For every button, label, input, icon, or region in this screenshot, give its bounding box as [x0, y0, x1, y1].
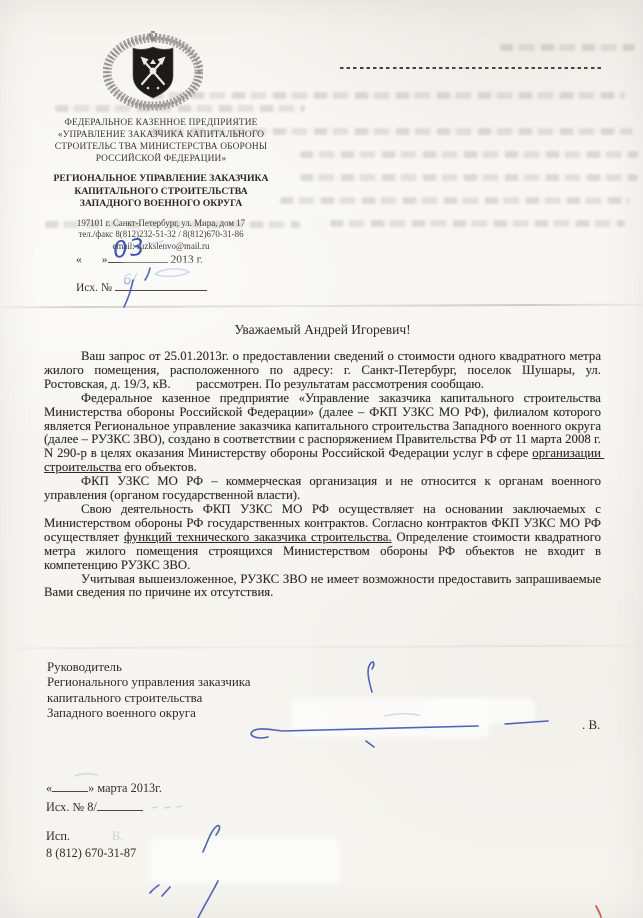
bleed-through-text: [300, 174, 638, 181]
body-paragraph: Ваш запрос от 25.01.2013г. о предоставле…: [44, 350, 601, 392]
paper-crease: [0, 645, 643, 650]
ref-label: Исх. №: [76, 281, 112, 294]
bleed-through-text: [280, 197, 630, 204]
body-paragraph: Свою деятельность ФКП УЗКС МО РФ осущест…: [44, 503, 601, 573]
footer-ref-blank: [97, 799, 143, 811]
executor-ghost-name: В.: [112, 829, 123, 844]
bleed-through-text: [500, 44, 635, 51]
addressee-dashed-line: [340, 67, 602, 69]
signature-title-line: Руководитель: [47, 660, 251, 675]
letterhead: ФЕДЕРАЛЬНОЕ КАЗЕННОЕ ПРЕДПРИЯТИЕ «УПРАВЛ…: [28, 117, 294, 252]
org-name-line: «УПРАВЛЕНИЕ ЗАКАЗЧИКА КАПИТАЛЬНОГО: [28, 129, 294, 141]
ink-slash: [162, 887, 170, 896]
executor-phone: 8 (812) 670-31-87: [46, 846, 136, 861]
whiteout-patch: [425, 698, 535, 724]
branch-name-line: РЕГИОНАЛЬНОЕ УПРАВЛЕНИЕ ЗАКАЗЧИКА: [28, 173, 294, 185]
footer-date-rest: » марта 2013г.: [88, 781, 162, 795]
ink-faint-dots: [152, 806, 182, 808]
signature-title-block: Руководитель Регионального управления за…: [47, 660, 251, 722]
ink-faint-dash: [75, 774, 97, 776]
whiteout-patch: [150, 838, 340, 884]
signature-title-line: капитального строительства: [47, 691, 251, 706]
scanned-letter-page: ФЕДЕРАЛЬНОЕ КАЗЕННОЕ ПРЕДПРИЯТИЕ «УПРАВЛ…: [0, 0, 643, 918]
handwritten-month: 03: [112, 234, 148, 264]
signature-title-line: Западного военного округа: [47, 706, 251, 721]
footer-date-line: «» марта 2013г.: [46, 780, 162, 796]
footer-ref-label: Исх. № 8/: [46, 800, 97, 814]
signature-name-suffix: . В.: [582, 718, 600, 733]
org-name-line: СТРОИТЕЛЬС ТВА МИНИСТЕРСТВА ОБОРОНЫ: [28, 141, 294, 153]
body-paragraph: ФКП УЗКС МО РФ – коммерческая организаци…: [44, 475, 601, 503]
branch-name-line: КАПИТАЛЬНОГО СТРОИТЕЛЬСТВА: [28, 186, 294, 198]
executor-label: Исп.: [46, 829, 70, 843]
address-line: тел./факс 8(812)232-51-32 / 8(812)670-31…: [28, 229, 294, 240]
footer-ref-line: Исх. № 8/: [46, 799, 143, 815]
org-name-line: ФЕДЕРАЛЬНОЕ КАЗЕННОЕ ПРЕДПРИЯТИЕ: [28, 117, 294, 129]
date-open-quote: «: [76, 253, 82, 266]
ink-red-mark: [596, 906, 601, 917]
signature-title-line: Регионального управления заказчика: [47, 675, 251, 690]
executor-line: Исп.: [46, 829, 70, 844]
letter-body: Ваш запрос от 25.01.2013г. о предоставле…: [44, 350, 601, 600]
footer-date-blank: [52, 780, 88, 792]
address-line: 197101 г. Санкт-Петербург, ул. Мира, дом…: [28, 218, 294, 229]
ink-signature-hook: [368, 662, 374, 692]
emblem-coat-of-arms-icon: [103, 29, 203, 111]
bleed-through-text: [300, 151, 638, 158]
whiteout-patch: [120, 262, 210, 282]
salutation: Уважаемый Андрей Игоревич!: [44, 322, 601, 338]
ink-diagonal: [198, 881, 218, 918]
org-name-line: РОССИЙСКОЙ ФЕДЕРАЦИИ»: [28, 153, 294, 165]
ink-slash: [150, 885, 159, 893]
body-paragraph: Учитывая вышеизложенное, РУЗКС ЗВО не им…: [44, 573, 601, 601]
bleed-through-text: [150, 92, 625, 99]
body-paragraph: Федеральное казенное предприятие «Управл…: [44, 392, 601, 475]
ink-signature-tick: [366, 741, 374, 747]
branch-name-line: ЗАПАДНОГО ВОЕННОГО ОКРУГА: [28, 198, 294, 210]
bleed-through-text: [330, 220, 625, 227]
paper-crease: [0, 304, 643, 309]
